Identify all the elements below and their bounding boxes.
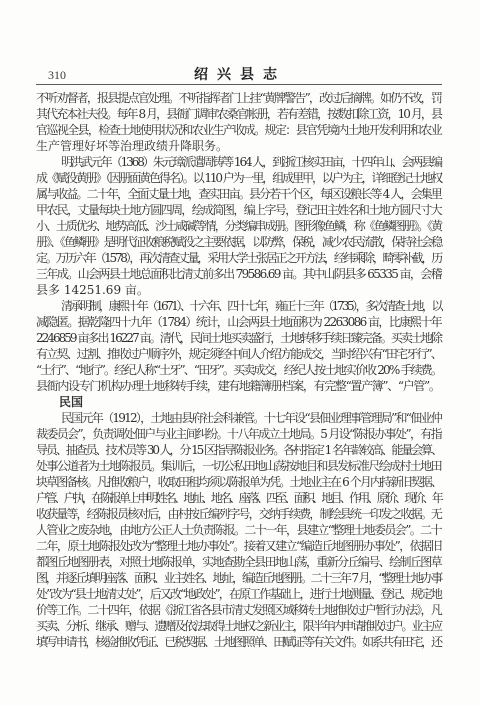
text-line: 裁委员会”，负责调处佃户与业主间纠纷。十八年成立土地局。5 月设“陈报办事处”，…: [36, 426, 441, 442]
page-body: 不听劝督者，报县提点官处理。不听指挥者门上挂“黄牌警告”，改过后摘牌。如仍不改，…: [36, 90, 441, 650]
text-line: 官巡视全县，检查土地使用状况和农业生产收成。规定：县官凭境内土地开发利用和农业: [36, 122, 441, 138]
text-line: “土行”、“地行”。经纪人称“土牙”、“田牙”。买卖成交，经纪人按土地实价收 2…: [36, 362, 441, 378]
text-line: 处”改为“县土地清丈处”，后又改“地政处”，在原工作基础上，进行土地测量、登记、…: [36, 586, 441, 602]
paragraph-ming: 明洪武元年（1368）朱元璋派遣周铸等 164 人，到浙江核实田亩，十四年山、会…: [36, 154, 441, 298]
text-line: 减隐匿。据乾隆四十九年（1784）统计，山会两县土地面积为 2263086 亩，…: [36, 314, 441, 330]
section-heading: 民国: [36, 394, 441, 410]
text-line: 人管业之废杂地，由地方公正人士负责陈报。二十一年，县建立“整理土地委员会”。二十: [36, 522, 441, 538]
text-line: 三年成。山会两县土地总面积比清丈前多出 79586.69 亩。其中山阴县多 65…: [36, 266, 441, 282]
text-line: 都图丘地图册表，对照土地陈报单，实地查勘全县田地山荡，重新分丘编号、绘制丘图草: [36, 554, 441, 570]
text-line: 县多 14251.69 亩。: [36, 282, 441, 298]
text-line: 买卖、分析、继承、赠与、遗赠及依法取得土地权之新业主，限半年内申请推收过户。业主…: [36, 618, 441, 634]
text-line: 图，并逐丘填明座落、面积、业主姓名、地址，编造丘地图册。二十三年 7 月，“整理…: [36, 570, 441, 586]
page-number: 310: [48, 67, 66, 83]
book-title: 绍兴县志: [140, 66, 340, 84]
text-line: 有立契、过割、推收过户顺序外，规定须经中间人介绍方能成交，当时绍兴有“田宅牙行”…: [36, 346, 441, 362]
text-line: 清承明制，康熙十年（1671）、十六年、四十七年，雍正十三年（1735），多次清…: [36, 298, 441, 314]
text-line: 生产管理好坏等治理政绩升降职务。: [36, 138, 441, 154]
text-line: 户管、户执，在陈报单上申明姓名、地址、地名、座落、四至、面积、地目、作用、原价、…: [36, 490, 441, 506]
text-line: 民国元年（1912），土地由县府社会科兼管。十七年设“县佃业理事管理局”和“佃业…: [36, 410, 441, 426]
paragraph-qing: 清承明制，康熙十年（1671）、十六年、四十七年，雍正十三年（1735），多次清…: [36, 298, 441, 394]
text-line: 属与收益。二十年，全面丈量土地，查实田亩。县分若干个区，每区设粮长等 4 人，会…: [36, 186, 441, 202]
text-line: 填写申请书，核验推收凭证、已税契据、土地图照单、田赋证等有关文件。如系共有田宅，…: [36, 634, 441, 650]
text-line: 小、土质优劣、地势高低、沙土咸碱等情，分类编串成册。图形像鱼鳞，称《鱼鳞图册》。…: [36, 218, 441, 234]
text-line: 2246859 亩多出 16227 亩。清代，民间土地买卖盛行，土地转移手续日臻…: [36, 330, 441, 346]
text-line: 定。万历六年（1578），再次清查丈量，采用大学士张居正之开方法，经纬乘除，畸零…: [36, 250, 441, 266]
paragraph-continued: 不听劝督者，报县提点官处理。不听指挥者门上挂“黄牌警告”，改过后摘牌。如仍不改，…: [36, 90, 441, 154]
text-line: 成《赋役黄册》（因册面黄色得名）。以 110 户为一里，组成里甲，以户为主，详细…: [36, 170, 441, 186]
paragraph-republic: 民国元年（1912），土地由县府社会科兼管。十七年设“县佃业理事管理局”和“佃业…: [36, 410, 441, 650]
header-divider: [36, 84, 442, 85]
text-line: 册》、《鱼鳞册》是明代征收粮税赋役之主要依据，以防弊，保税，减少农民流散，保持社…: [36, 234, 441, 250]
text-line: 收获量等，经陈报员核对后，由村按丘编列字号，交纳手续费，制绘县统一印发之收据。无: [36, 506, 441, 522]
text-line: 二年，原土地陈报处改为“整理土地办事处”。接着又建立“编造丘地图册办事处”，依据…: [36, 538, 441, 554]
text-line: 块草图备核。凡推收粮户，收取田租均须以陈报单为凭。土地业主在 6 个月内持新旧契…: [36, 474, 441, 490]
text-line: 县衙内设专门机构办理土地移转手续，建有地籍簿册档案，有完整“置产簿”、“户管”。: [36, 378, 441, 394]
text-line: 不听劝督者，报县提点官处理。不听指挥者门上挂“黄牌警告”，改过后摘牌。如仍不改，…: [36, 90, 441, 106]
text-line: 处事公道者为土地陈报员。集训后，一切公私田地山荡按地目和县发标准尺绘成村土地田: [36, 458, 441, 474]
text-line: 导员、抽查员、技术员等 30 人，分 15 区指导陈报业务。各村指定 1 名年龄…: [36, 442, 441, 458]
text-line: 其代充本社夫役。每年 8 月，县衙门调审农桑官帐册，若有差错，按数扣除工资，10…: [36, 106, 441, 122]
text-line: 明洪武元年（1368）朱元璋派遣周铸等 164 人，到浙江核实田亩，十四年山、会…: [36, 154, 441, 170]
text-line: 甲农民，丈量每块土地方圆四周，绘成简图，编上字号，登记田主姓名和土地方圆尺寸大: [36, 202, 441, 218]
text-line: 价等工作。二十四年，依据《浙江省各县市清丈发照区域移转土地推收过户暂行办法》，凡: [36, 602, 441, 618]
